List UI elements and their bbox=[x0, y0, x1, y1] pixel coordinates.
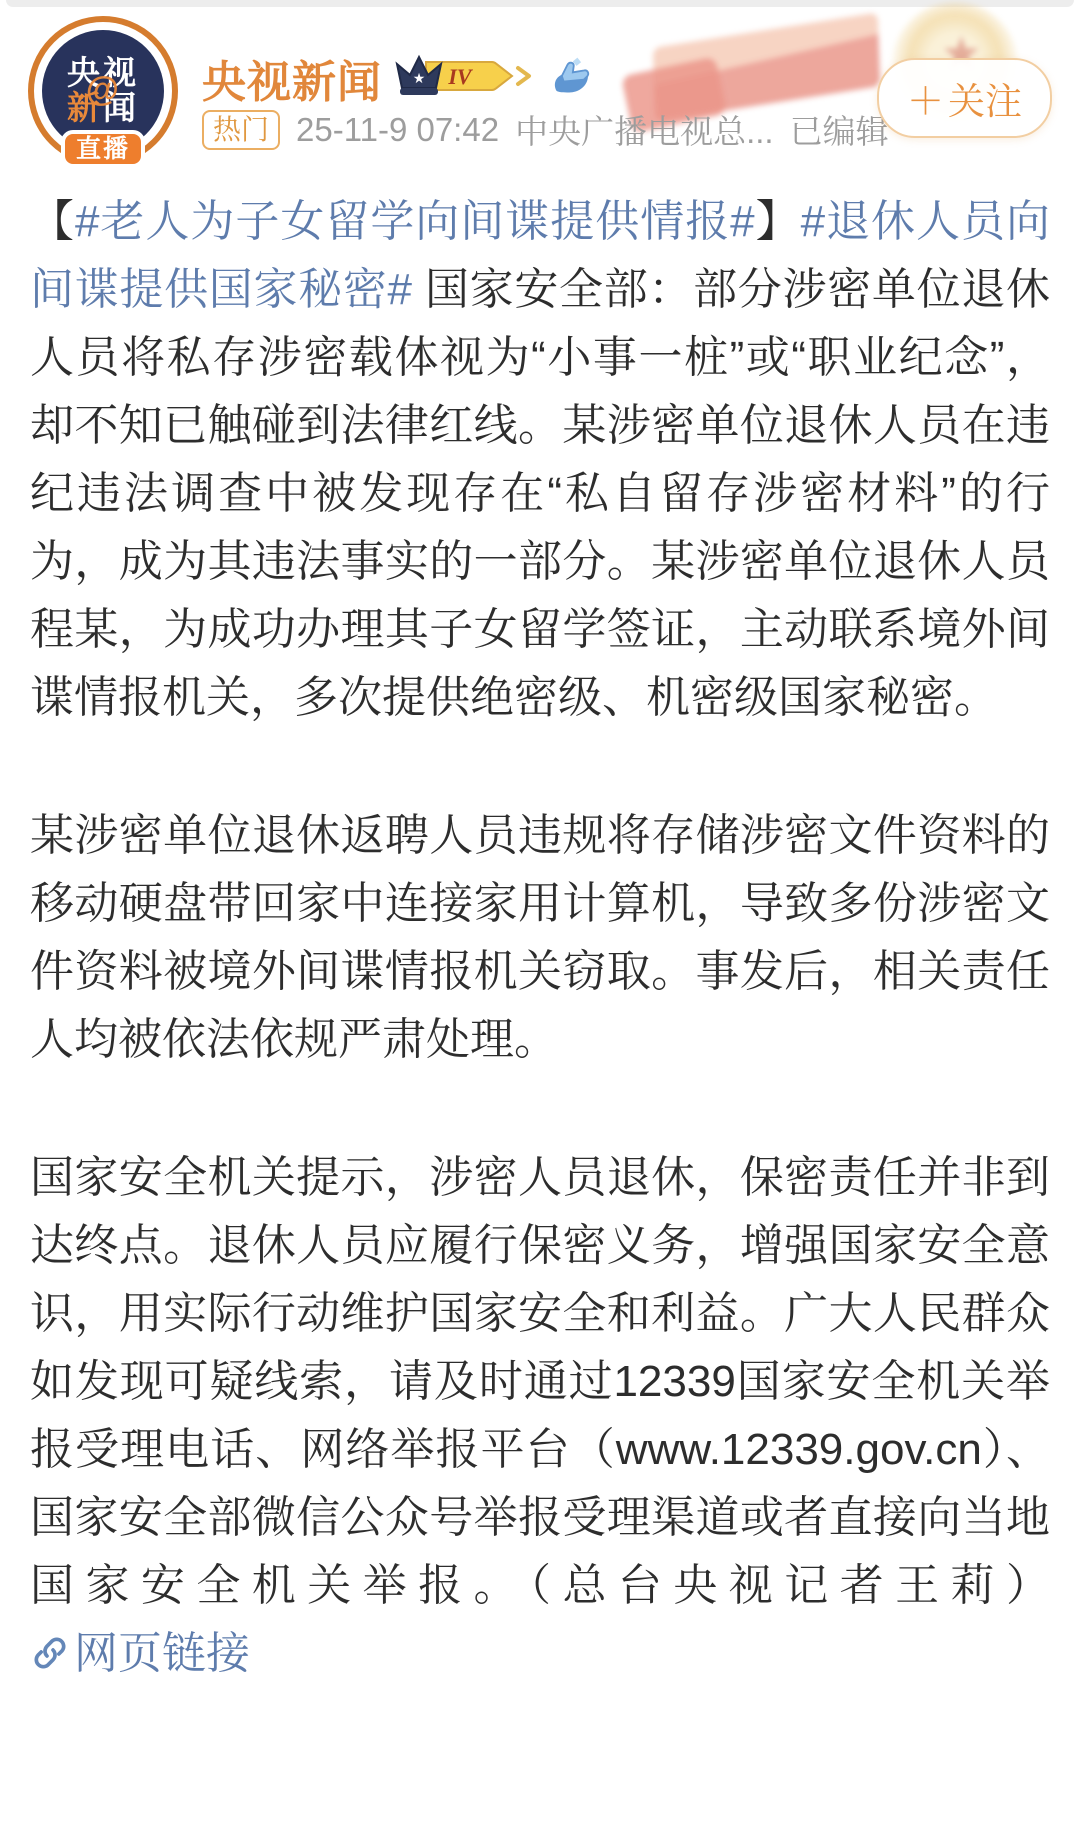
avatar[interactable]: 央视 新闻 @ 直播 bbox=[28, 16, 178, 166]
follow-button-label: 关注 bbox=[948, 71, 1022, 125]
post-header: ★ 央视 新闻 @ 直播 央视新闻 IV ★ bbox=[0, 12, 1080, 174]
live-badge: 直播 bbox=[61, 130, 145, 168]
avatar-logo: 央视 新闻 @ 直播 bbox=[42, 30, 164, 152]
top-divider bbox=[6, 0, 1074, 7]
weblink[interactable]: 网页链接 bbox=[30, 1629, 250, 1678]
post-paragraph: 【#老人为子女留学向间谍提供情报#】#退休人员向间谍提供国家秘密# 国家安全部：… bbox=[30, 188, 1050, 732]
post-paragraph: 国家安全机关提示，涉密人员退休，保密责任并非到达终点。退休人员应履行保密义务，增… bbox=[30, 1144, 1050, 1688]
post-text: 】 bbox=[755, 197, 801, 246]
link-icon bbox=[30, 1633, 70, 1673]
post-paragraph: 某涉密单位退休返聘人员违规将存储涉密文件资料的移动硬盘带回家中连接家用计算机，导… bbox=[30, 802, 1050, 1074]
post-text: 国家安全机关提示，涉密人员退休，保密责任并非到达终点。退休人员应履行保密义务，增… bbox=[30, 1153, 1050, 1610]
post-body: 【#老人为子女留学向间谍提供情报#】#退休人员向间谍提供国家秘密# 国家安全部：… bbox=[0, 174, 1080, 1688]
follow-button[interactable]: ＋关注 bbox=[877, 58, 1052, 138]
hot-badge: 热门 bbox=[202, 110, 280, 150]
vip-crown-badge-icon: IV ★ bbox=[394, 52, 534, 105]
post-text: 国家安全部：部分涉密单位退休人员将私存涉密载体视为“小事一桩”或“职业纪念”，却… bbox=[30, 265, 1050, 722]
avatar-at-symbol: @ bbox=[86, 72, 119, 108]
username[interactable]: 央视新闻 bbox=[202, 46, 382, 110]
svg-text:IV: IV bbox=[447, 64, 474, 89]
svg-text:★: ★ bbox=[413, 70, 426, 86]
plus-icon: ＋ bbox=[907, 71, 944, 125]
hashtag-link[interactable]: #老人为子女留学向间谍提供情报# bbox=[75, 197, 755, 246]
edited-label: 已编辑 bbox=[790, 106, 889, 153]
weibo-post-card: ★ 央视 新闻 @ 直播 央视新闻 IV ★ bbox=[0, 0, 1080, 1839]
post-text: 某涉密单位退休返聘人员违规将存储涉密文件资料的移动硬盘带回家中连接家用计算机，导… bbox=[30, 811, 1050, 1064]
meta-row: 热门 25-11-9 07:42 中央广播电视总... 已编辑 bbox=[202, 106, 889, 153]
weblink-label: 网页链接 bbox=[74, 1629, 250, 1678]
name-row: 央视新闻 IV ★ bbox=[202, 46, 594, 110]
blue-hand-badge-icon bbox=[548, 54, 594, 103]
source-label: 中央广播电视总... bbox=[515, 106, 774, 153]
timestamp: 25-11-9 07:42 bbox=[296, 111, 499, 149]
post-text: 【 bbox=[30, 197, 75, 246]
